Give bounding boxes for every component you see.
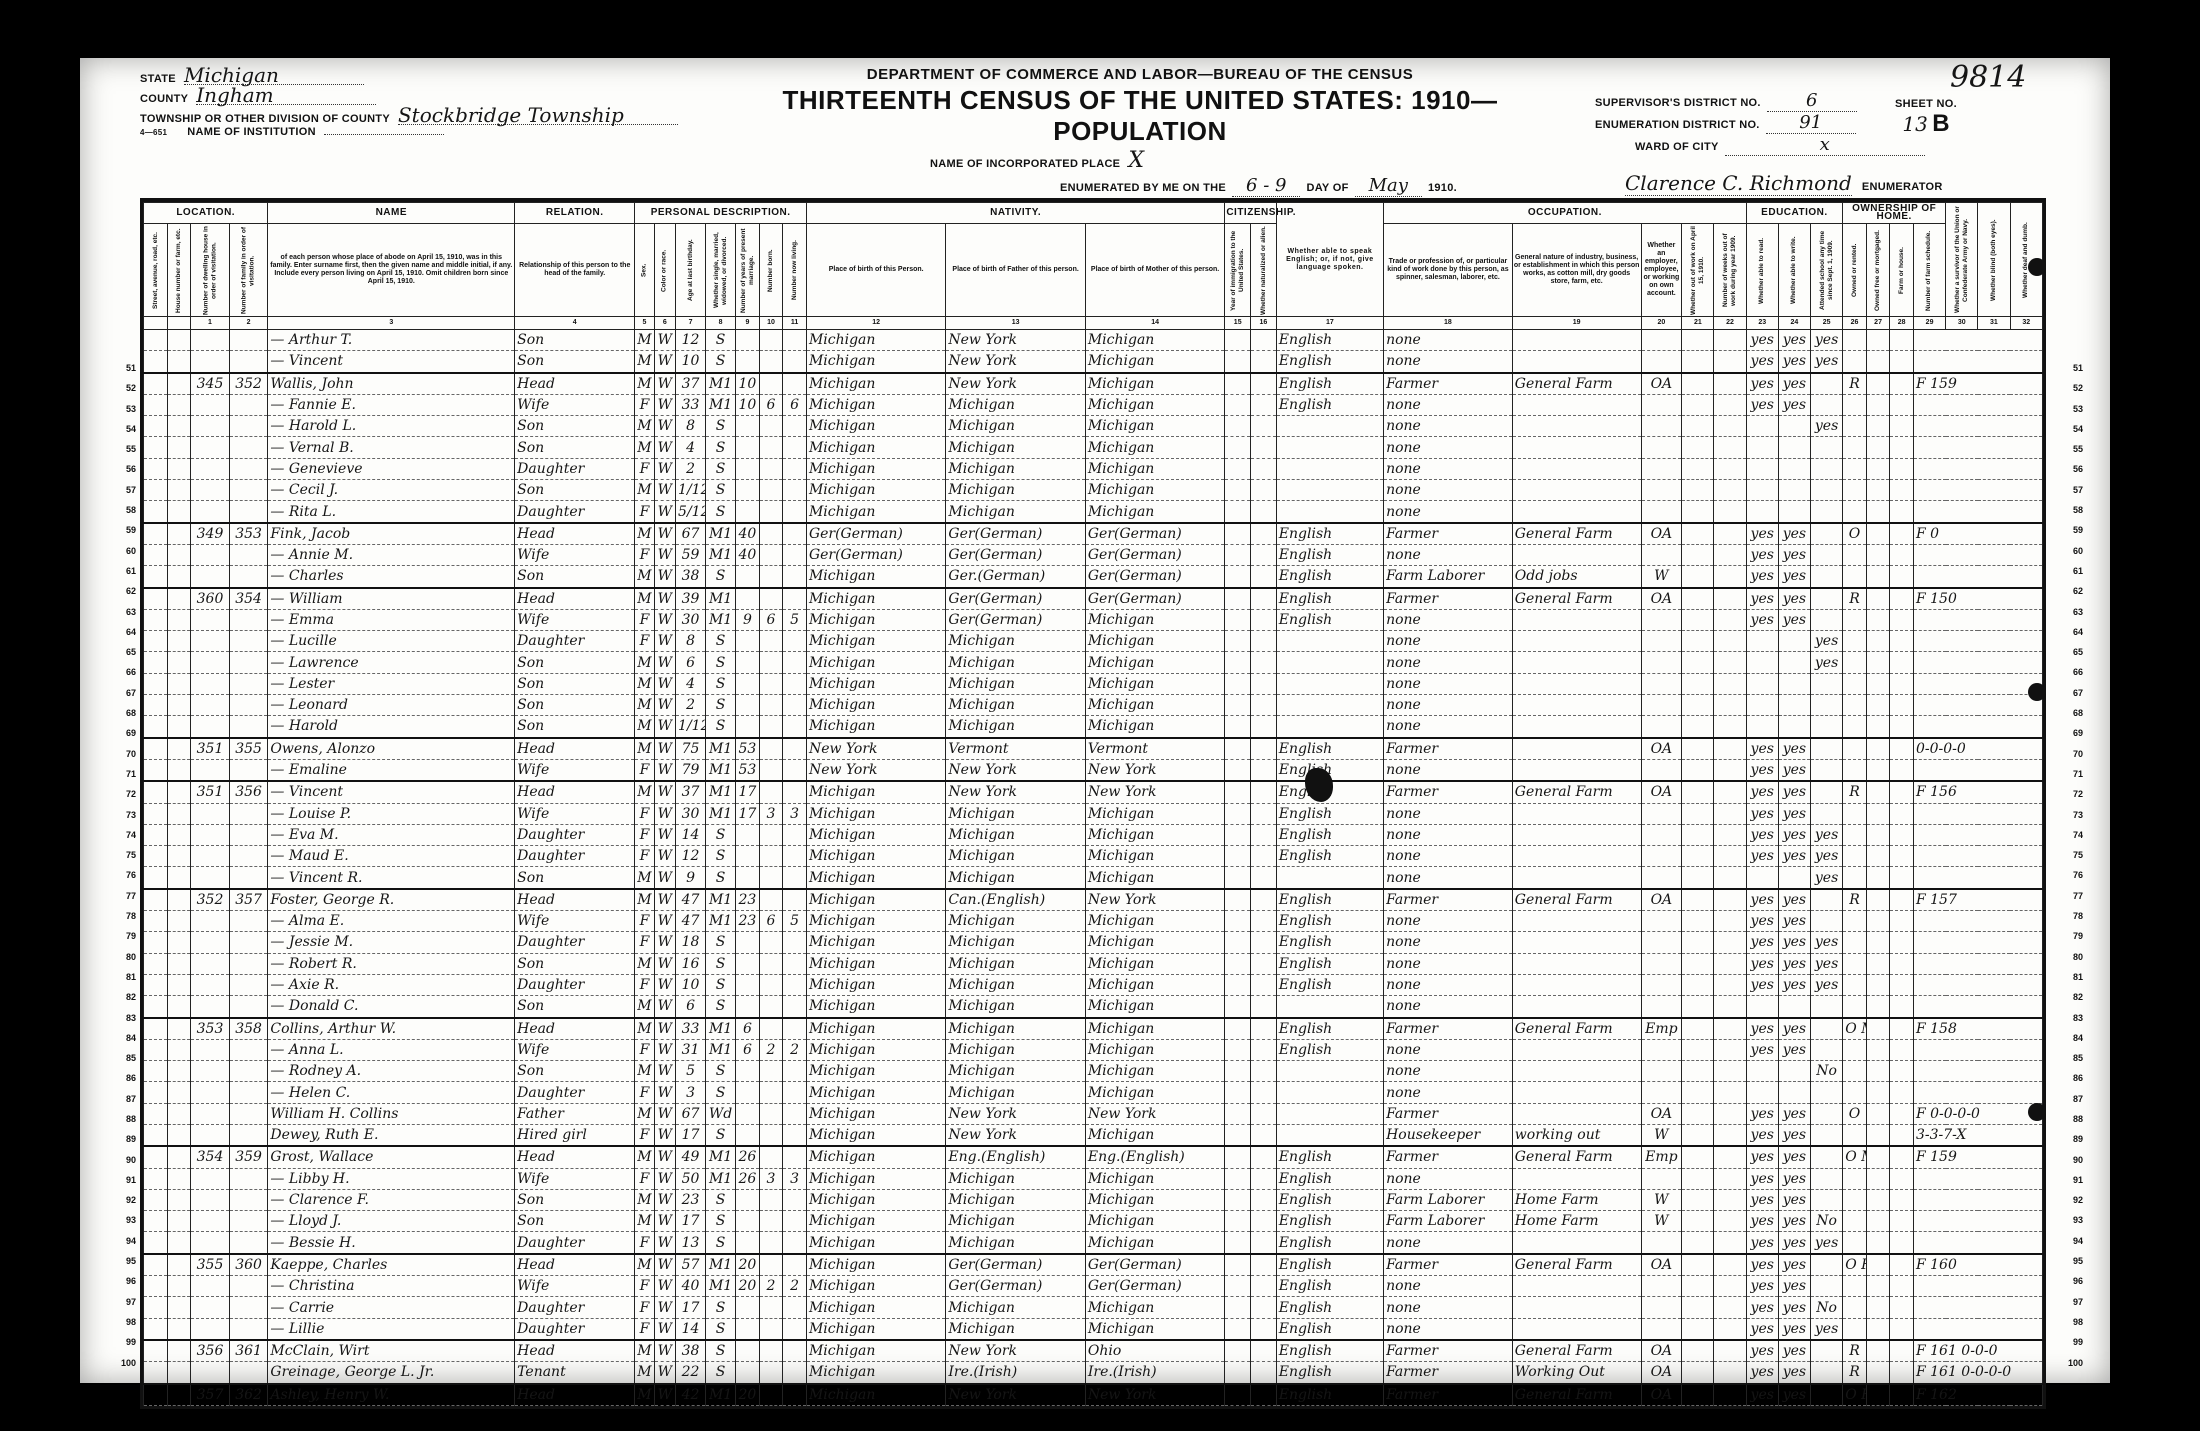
house-cell <box>167 911 191 932</box>
family-number <box>229 631 268 652</box>
race: W <box>654 867 675 889</box>
father-birthplace: Michigan <box>946 501 1085 523</box>
free-mortgaged <box>1866 373 1890 395</box>
employment-class <box>1641 759 1682 781</box>
years-married <box>736 695 760 716</box>
naturalization <box>1251 1124 1277 1146</box>
father-birthplace: Michigan <box>946 394 1085 415</box>
children-born <box>759 867 783 889</box>
mother-birthplace: Michigan <box>1085 373 1224 395</box>
marital-status: Wd <box>706 1103 736 1124</box>
dwelling-number <box>191 1082 230 1103</box>
mother-birthplace: Michigan <box>1085 416 1224 437</box>
line-number: 56 <box>2055 459 2083 479</box>
weeks-out <box>1714 458 1746 479</box>
immigration-year <box>1225 716 1251 738</box>
years-married <box>736 867 760 889</box>
table-row: — HaroldSonMW1/12SMichiganMichiganMichig… <box>144 716 2043 738</box>
can-read <box>1746 480 1778 501</box>
ink-blot <box>1305 768 1333 802</box>
group-location: LOCATION. <box>144 203 268 224</box>
children-born <box>759 824 783 845</box>
age: 39 <box>676 588 706 610</box>
can-write <box>1778 1082 1810 1103</box>
mother-birthplace: Michigan <box>1085 867 1224 889</box>
header-street: Street, avenue, road, etc. <box>144 224 168 317</box>
employment-class <box>1641 996 1682 1018</box>
trade: none <box>1384 803 1513 824</box>
language <box>1276 716 1383 738</box>
owned-rented: R <box>1843 781 1867 803</box>
free-mortgaged <box>1866 631 1890 652</box>
supervisor-label: SUPERVISOR'S DISTRICT NO. <box>1595 97 1761 109</box>
line-number: 81 <box>108 967 136 987</box>
language: English <box>1276 824 1383 845</box>
employment-class <box>1641 1232 1682 1254</box>
weeks-out <box>1714 394 1746 415</box>
farm-house <box>1890 394 1914 415</box>
dwelling-number <box>191 1168 230 1189</box>
owned-rented <box>1843 480 1867 501</box>
sex: F <box>635 609 654 630</box>
person-name: — Emma <box>268 609 515 630</box>
family-number <box>229 932 268 953</box>
years-married: 23 <box>736 889 760 911</box>
industry <box>1512 911 1641 932</box>
industry <box>1512 351 1641 373</box>
line-number: 57 <box>108 480 136 500</box>
can-write: yes <box>1778 1297 1810 1318</box>
birthplace: Michigan <box>806 437 945 458</box>
children-living <box>783 351 807 373</box>
relation: Hired girl <box>515 1124 635 1146</box>
father-birthplace: Ger.(German) <box>946 566 1085 588</box>
children-born <box>759 1061 783 1082</box>
trade: Farmer <box>1384 523 1513 545</box>
weeks-out <box>1714 437 1746 458</box>
can-write <box>1778 652 1810 673</box>
school-attendance <box>1811 1168 1843 1189</box>
family-number <box>229 824 268 845</box>
father-birthplace: Michigan <box>946 1061 1085 1082</box>
race: W <box>654 974 675 995</box>
sex: M <box>635 781 654 803</box>
out-of-work <box>1682 889 1714 911</box>
immigration-year <box>1225 437 1251 458</box>
marital-status: S <box>706 330 736 351</box>
father-birthplace: Michigan <box>946 1232 1085 1254</box>
children-living <box>783 1082 807 1103</box>
mother-birthplace: Michigan <box>1085 716 1224 738</box>
line-number: 63 <box>2055 602 2083 622</box>
age: 79 <box>676 759 706 781</box>
children-born <box>759 953 783 974</box>
line-number: 91 <box>2055 1170 2083 1190</box>
naturalization <box>1251 1189 1277 1210</box>
birthplace: Michigan <box>806 1039 945 1060</box>
trade: Farm Laborer <box>1384 1189 1513 1210</box>
dwelling-number <box>191 480 230 501</box>
weeks-out <box>1714 803 1746 824</box>
street-cell <box>144 544 168 565</box>
birthplace: Michigan <box>806 1146 945 1168</box>
industry: General Farm <box>1512 373 1641 395</box>
immigration-year <box>1225 458 1251 479</box>
farm-house <box>1890 1039 1914 1060</box>
employment-class <box>1641 1168 1682 1189</box>
free-mortgaged <box>1866 1318 1890 1340</box>
table-row: — Anna L.WifeFW31M1622MichiganMichiganMi… <box>144 1039 2043 1060</box>
trade: Farmer <box>1384 1254 1513 1276</box>
line-number: 98 <box>108 1312 136 1332</box>
naturalization <box>1251 996 1277 1018</box>
language <box>1276 1103 1383 1124</box>
race: W <box>654 330 675 351</box>
language: English <box>1276 1254 1383 1276</box>
can-write: yes <box>1778 330 1810 351</box>
marital-status: M1 <box>706 1384 736 1406</box>
years-married <box>736 932 760 953</box>
free-mortgaged <box>1866 867 1890 889</box>
father-birthplace: Michigan <box>946 824 1085 845</box>
can-read: yes <box>1746 394 1778 415</box>
incorporated-label: NAME OF INCORPORATED PLACE <box>930 158 1120 170</box>
marital-status: M1 <box>706 1039 736 1060</box>
years-married: 20 <box>736 1276 760 1297</box>
birthplace: Michigan <box>806 1384 945 1406</box>
person-name: — Christina <box>268 1276 515 1297</box>
can-read: yes <box>1746 738 1778 760</box>
school-attendance <box>1811 458 1843 479</box>
out-of-work <box>1682 846 1714 867</box>
person-name: — Alma E. <box>268 911 515 932</box>
children-living <box>783 588 807 610</box>
father-birthplace: New York <box>946 351 1085 373</box>
family-number <box>229 803 268 824</box>
can-read: yes <box>1746 889 1778 911</box>
industry: Home Farm <box>1512 1189 1641 1210</box>
weeks-out <box>1714 781 1746 803</box>
marital-status: S <box>706 953 736 974</box>
line-number: 83 <box>108 1008 136 1028</box>
person-name: — Anna L. <box>268 1039 515 1060</box>
relation: Daughter <box>515 846 635 867</box>
dwelling-number <box>191 932 230 953</box>
farm-house <box>1890 631 1914 652</box>
trade: none <box>1384 437 1513 458</box>
children-living: 3 <box>783 803 807 824</box>
language: English <box>1276 544 1383 565</box>
children-born <box>759 523 783 545</box>
school-attendance: yes <box>1811 416 1843 437</box>
person-name: — Clarence F. <box>268 1189 515 1210</box>
children-living <box>783 1124 807 1146</box>
table-row: — LeonardSonMW2SMichiganMichiganMichigan… <box>144 695 2043 716</box>
mother-birthplace: Michigan <box>1085 673 1224 694</box>
years-married <box>736 1232 760 1254</box>
school-attendance <box>1811 1362 1843 1384</box>
street-cell <box>144 738 168 760</box>
immigration-year <box>1225 566 1251 588</box>
street-cell <box>144 781 168 803</box>
immigration-year <box>1225 953 1251 974</box>
immigration-year <box>1225 781 1251 803</box>
column-number: 12 <box>806 317 945 330</box>
language: English <box>1276 932 1383 953</box>
father-birthplace: New York <box>946 759 1085 781</box>
years-married <box>736 1297 760 1318</box>
house-cell <box>167 544 191 565</box>
language: English <box>1276 523 1383 545</box>
school-attendance: yes <box>1811 631 1843 652</box>
out-of-work <box>1682 781 1714 803</box>
mother-birthplace: Michigan <box>1085 1124 1224 1146</box>
out-of-work <box>1682 867 1714 889</box>
table-row: — VincentSonMW10SMichiganNew YorkMichiga… <box>144 351 2043 373</box>
family-number <box>229 501 268 523</box>
years-married <box>736 330 760 351</box>
children-living <box>783 1061 807 1082</box>
farm-house <box>1890 1189 1914 1210</box>
children-born <box>759 716 783 738</box>
mother-birthplace: Michigan <box>1085 1211 1224 1232</box>
can-read: yes <box>1746 824 1778 845</box>
relation: Wife <box>515 911 635 932</box>
children-born <box>759 673 783 694</box>
family-number <box>229 673 268 694</box>
person-name: Grost, Wallace <box>268 1146 515 1168</box>
column-number: 29 <box>1913 317 1945 330</box>
employment-class <box>1641 953 1682 974</box>
marital-status: S <box>706 458 736 479</box>
house-cell <box>167 523 191 545</box>
line-number: 85 <box>2055 1048 2083 1068</box>
owned-rented <box>1843 1168 1867 1189</box>
immigration-year <box>1225 1362 1251 1384</box>
house-cell <box>167 867 191 889</box>
person-name: — Lloyd J. <box>268 1211 515 1232</box>
weeks-out <box>1714 1189 1746 1210</box>
farm-house <box>1890 1103 1914 1124</box>
can-read: yes <box>1746 566 1778 588</box>
trade: none <box>1384 824 1513 845</box>
person-name: — Vincent R. <box>268 867 515 889</box>
relation: Daughter <box>515 1232 635 1254</box>
marital-status: S <box>706 1189 736 1210</box>
header-dwelling: Number of dwelling house in order of vis… <box>191 224 230 317</box>
birthplace: Michigan <box>806 501 945 523</box>
language: English <box>1276 351 1383 373</box>
father-birthplace: Ger(German) <box>946 1254 1085 1276</box>
dwelling-number <box>191 803 230 824</box>
line-number: 70 <box>2055 744 2083 764</box>
age: 16 <box>676 953 706 974</box>
age: 2 <box>676 458 706 479</box>
age: 57 <box>676 1254 706 1276</box>
table-row: — Alma E.WifeFW47M12365MichiganMichiganM… <box>144 911 2043 932</box>
age: 40 <box>676 1276 706 1297</box>
line-number: 93 <box>2055 1210 2083 1230</box>
line-number: 82 <box>108 987 136 1007</box>
relation: Head <box>515 1384 635 1406</box>
can-write: yes <box>1778 1318 1810 1340</box>
header-name-desc: of each person whose place of abode on A… <box>268 224 515 317</box>
column-number: 10 <box>759 317 783 330</box>
line-number: 64 <box>108 622 136 642</box>
line-number: 72 <box>2055 784 2083 804</box>
street-cell <box>144 652 168 673</box>
weeks-out <box>1714 566 1746 588</box>
can-write: yes <box>1778 974 1810 995</box>
age: 33 <box>676 394 706 415</box>
can-write <box>1778 695 1810 716</box>
school-attendance: No <box>1811 1297 1843 1318</box>
street-cell <box>144 1384 168 1406</box>
person-name: — Lawrence <box>268 652 515 673</box>
farm-house <box>1890 1146 1914 1168</box>
column-number: 17 <box>1276 317 1383 330</box>
marital-status: M1 <box>706 1018 736 1040</box>
children-living <box>783 932 807 953</box>
language <box>1276 1082 1383 1103</box>
immigration-year <box>1225 759 1251 781</box>
naturalization <box>1251 1232 1277 1254</box>
free-mortgaged <box>1866 1340 1890 1362</box>
school-attendance <box>1811 394 1843 415</box>
mother-birthplace: Michigan <box>1085 953 1224 974</box>
table-row: — Bessie H.DaughterFW13SMichiganMichigan… <box>144 1232 2043 1254</box>
industry <box>1512 974 1641 995</box>
can-write: yes <box>1778 1232 1810 1254</box>
line-number: 57 <box>2055 480 2083 500</box>
relation: Daughter <box>515 932 635 953</box>
out-of-work <box>1682 373 1714 395</box>
employment-class <box>1641 1082 1682 1103</box>
mother-birthplace: Michigan <box>1085 1061 1224 1082</box>
line-number: 90 <box>2055 1150 2083 1170</box>
race: W <box>654 501 675 523</box>
house-cell <box>167 824 191 845</box>
sex: F <box>635 803 654 824</box>
immigration-year <box>1225 1039 1251 1060</box>
mother-birthplace: Vermont <box>1085 738 1224 760</box>
school-attendance <box>1811 1254 1843 1276</box>
relation: Son <box>515 867 635 889</box>
marital-status: S <box>706 1211 736 1232</box>
relation: Son <box>515 996 635 1018</box>
house-cell <box>167 759 191 781</box>
can-read: yes <box>1746 1340 1778 1362</box>
farm-house <box>1890 566 1914 588</box>
family-number <box>229 1168 268 1189</box>
can-write: yes <box>1778 1362 1810 1384</box>
immigration-year <box>1225 846 1251 867</box>
supervisor-value: 6 <box>1767 90 1857 112</box>
language: English <box>1276 1018 1383 1040</box>
farm-schedule <box>1913 566 2042 588</box>
naturalization <box>1251 458 1277 479</box>
table-row: — GenevieveDaughterFW2SMichiganMichiganM… <box>144 458 2043 479</box>
farm-schedule <box>1913 1039 2042 1060</box>
table-row: — Lloyd J.SonMW17SMichiganMichiganMichig… <box>144 1211 2043 1232</box>
line-number: 71 <box>2055 764 2083 784</box>
children-born <box>759 1384 783 1406</box>
school-attendance <box>1811 1018 1843 1040</box>
employment-class <box>1641 1276 1682 1297</box>
trade: none <box>1384 911 1513 932</box>
farm-house <box>1890 652 1914 673</box>
children-living <box>783 1232 807 1254</box>
age: 42 <box>676 1384 706 1406</box>
children-born <box>759 889 783 911</box>
marital-status: S <box>706 501 736 523</box>
can-read: yes <box>1746 1018 1778 1040</box>
employment-class <box>1641 846 1682 867</box>
line-number: 79 <box>2055 926 2083 946</box>
farm-house <box>1890 1018 1914 1040</box>
farm-house <box>1890 716 1914 738</box>
weeks-out <box>1714 1232 1746 1254</box>
children-living <box>783 373 807 395</box>
family-number <box>229 1297 268 1318</box>
free-mortgaged <box>1866 695 1890 716</box>
immigration-year <box>1225 544 1251 565</box>
weeks-out <box>1714 1124 1746 1146</box>
person-name: — Lillie <box>268 1318 515 1340</box>
school-attendance <box>1811 1340 1843 1362</box>
line-number: 84 <box>2055 1028 2083 1048</box>
family-number <box>229 609 268 630</box>
out-of-work <box>1682 974 1714 995</box>
enumerated-day: 6 - 9 <box>1232 175 1300 197</box>
free-mortgaged <box>1866 1082 1890 1103</box>
person-name: — Carrie <box>268 1297 515 1318</box>
children-living <box>783 1318 807 1340</box>
employment-class: OA <box>1641 588 1682 610</box>
weeks-out <box>1714 759 1746 781</box>
father-birthplace: Ger(German) <box>946 544 1085 565</box>
school-attendance: yes <box>1811 1232 1843 1254</box>
mother-birthplace: Eng.(English) <box>1085 1146 1224 1168</box>
line-number: 68 <box>2055 703 2083 723</box>
farm-schedule: 3-3-7-X <box>1913 1124 2042 1146</box>
immigration-year <box>1225 1146 1251 1168</box>
children-born <box>759 480 783 501</box>
birthplace: Michigan <box>806 609 945 630</box>
column-number: 14 <box>1085 317 1224 330</box>
family-number <box>229 1362 268 1384</box>
children-living <box>783 1211 807 1232</box>
age: 1/12 <box>676 480 706 501</box>
header-immigration: Year of immigration to the United States… <box>1225 224 1251 317</box>
sex: F <box>635 932 654 953</box>
family-number <box>229 996 268 1018</box>
immigration-year <box>1225 1189 1251 1210</box>
children-living <box>783 523 807 545</box>
trade: none <box>1384 501 1513 523</box>
dwelling-number <box>191 846 230 867</box>
race: W <box>654 1211 675 1232</box>
can-write <box>1778 480 1810 501</box>
mother-birthplace: Michigan <box>1085 932 1224 953</box>
line-number: 62 <box>108 581 136 601</box>
birthplace: Michigan <box>806 652 945 673</box>
relation: Wife <box>515 1276 635 1297</box>
father-birthplace: Michigan <box>946 1082 1085 1103</box>
industry <box>1512 1297 1641 1318</box>
dwelling-number <box>191 1276 230 1297</box>
marital-status: M1 <box>706 523 736 545</box>
